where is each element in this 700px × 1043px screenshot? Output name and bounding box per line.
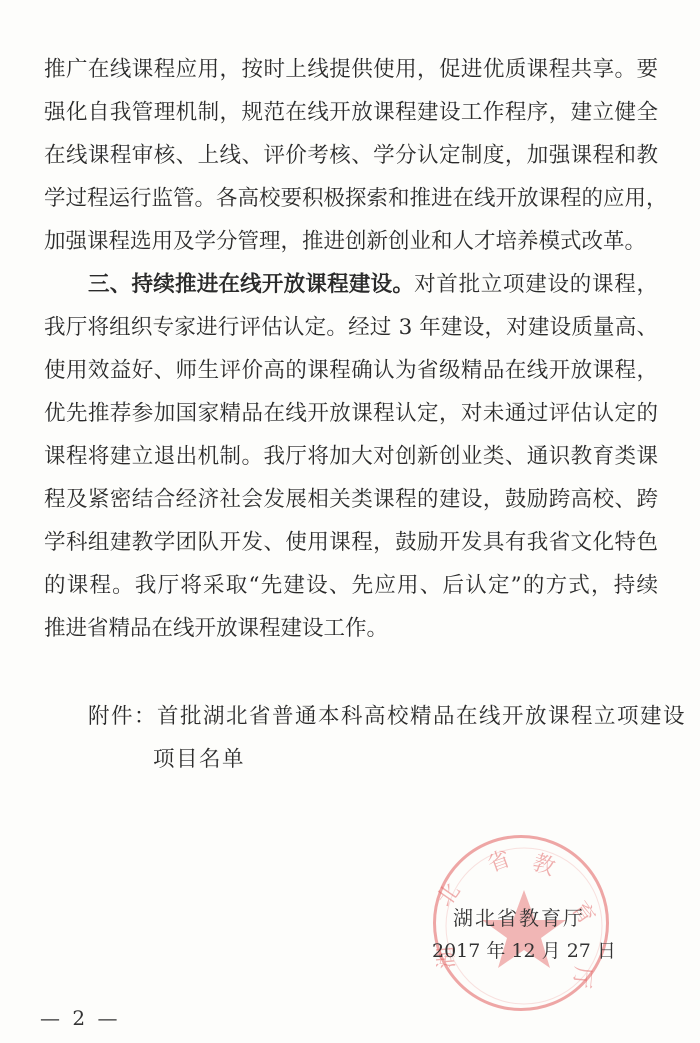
paragraph-line: 使用效益好、师生评价高的课程确认为省级精品在线开放课程，	[44, 357, 658, 385]
attachment-line: 附件：首批湖北省普通本科高校精品在线开放课程立项建设	[88, 703, 686, 731]
svg-text:厅: 厅	[568, 965, 595, 989]
attachment-label: 附件：	[88, 704, 157, 729]
paragraph-line: 学科组建教学团队开发、使用课程，鼓励开发具有我省文化特色	[44, 529, 658, 557]
page-number: — 2 —	[40, 1005, 120, 1031]
signature-organization: 湖北省教育厅	[453, 905, 585, 931]
section-3-text: 对首批立项建设的课程，	[414, 272, 658, 297]
paragraph-line: 强化自我管理机制，规范在线开放课程建设工作程序，建立健全	[44, 99, 658, 127]
attachment-title: 首批湖北省普通本科高校精品在线开放课程立项建设	[157, 704, 686, 729]
paragraph-line: 学过程运行监管。各高校要积极探索和推进在线开放课程的应用，	[44, 185, 658, 213]
paragraph-line: 推广在线课程应用，按时上线提供使用，促进优质课程共享。要	[44, 56, 658, 84]
paragraph-line: 在线课程审核、上线、评价考核、学分认定制度，加强课程和教	[44, 142, 658, 170]
svg-text:教: 教	[529, 850, 558, 881]
paragraph-line: 优先推荐参加国家精品在线开放课程认定，对未通过评估认定的	[44, 400, 658, 428]
paragraph-line: 课程将建立退出机制。我厅将加大对创新创业类、通识教育类课	[44, 443, 658, 471]
paragraph-line: 加强课程选用及学分管理，推进创新创业和人才培养模式改革。	[44, 228, 658, 256]
paragraph-line: 推进省精品在线开放课程建设工作。	[44, 615, 658, 643]
paragraph-line: 我厅将组织专家进行评估认定。经过 3 年建设，对建设质量高、	[44, 314, 658, 342]
paragraph-line: 程及紧密结合经济社会发展相关类课程的建设，鼓励跨高校、跨	[44, 486, 658, 514]
attachment-title-continued: 项目名单	[153, 746, 245, 774]
signature-date: 2017 年 12 月 27 日	[432, 938, 616, 964]
paragraph-line: 的课程。我厅将采取“先建设、先应用、后认定”的方式，持续	[44, 572, 658, 600]
svg-text:省: 省	[485, 847, 514, 878]
document-page: 推广在线课程应用，按时上线提供使用，促进优质课程共享。要 强化自我管理机制，规范…	[0, 0, 700, 1043]
section-3-first-line: 三、持续推进在线开放课程建设。对首批立项建设的课程，	[88, 271, 658, 299]
section-3-heading: 三、持续推进在线开放课程建设。	[88, 272, 414, 297]
